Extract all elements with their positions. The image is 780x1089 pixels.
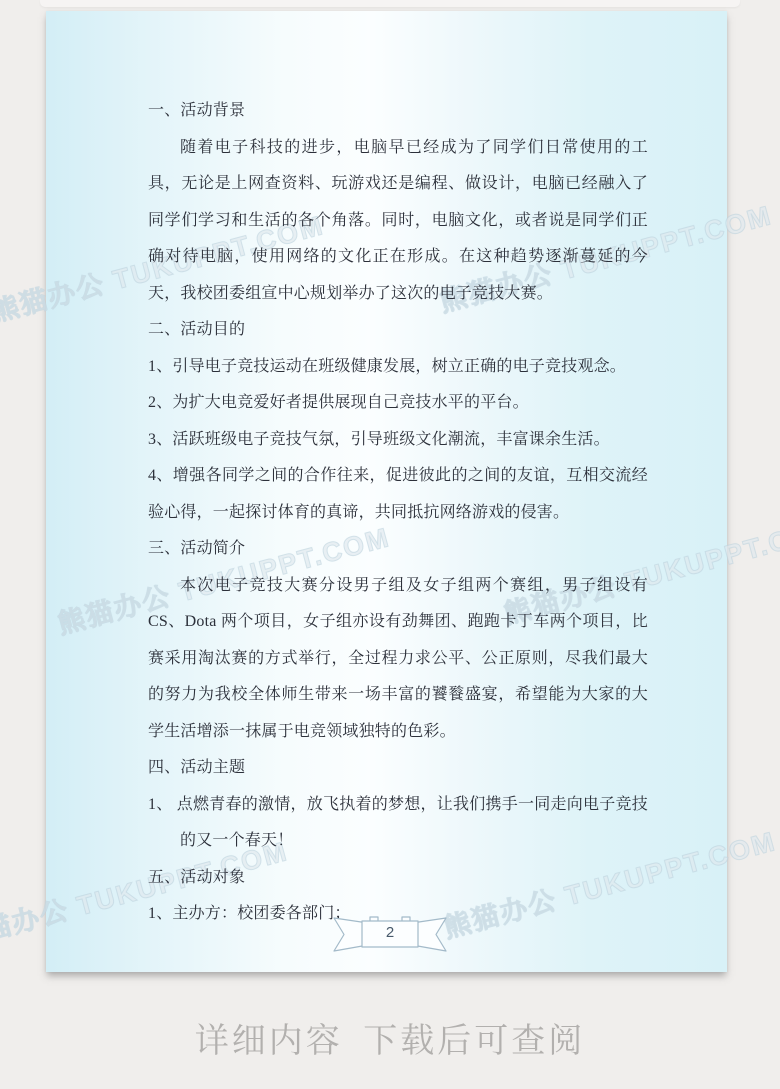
doc-list-item: 2、为扩大电竞爱好者提供展现自己竞技水平的平台。 (148, 385, 648, 422)
document-body: 一、活动背景 随着电子科技的进步，电脑早已经成为了同学们日常使用的工具，无论是上… (148, 93, 648, 933)
doc-list-item: 3、活跃班级电子竞技气氛，引导班级文化潮流，丰富课余生活。 (148, 422, 648, 459)
doc-heading: 二、活动目的 (148, 312, 648, 349)
doc-list-item: 1、 点燃青春的激情，放飞执着的梦想，让我们携手一同走向电子竞技的又一个春天！ (148, 787, 648, 860)
page-number: 2 (362, 919, 418, 945)
doc-heading: 三、活动简介 (148, 531, 648, 568)
page-number-ribbon: 2 (332, 911, 448, 953)
doc-heading: 一、活动背景 (148, 93, 648, 130)
doc-paragraph: 随着电子科技的进步，电脑早已经成为了同学们日常使用的工具，无论是上网查资料、玩游… (148, 130, 648, 313)
doc-heading: 四、活动主题 (148, 750, 648, 787)
doc-list-item: 4、增强各同学之间的合作往来，促进彼此的之间的友谊，互相交流经验心得，一起探讨体… (148, 458, 648, 531)
footer-caption: 详细内容 下载后可查阅 (0, 1013, 780, 1062)
previous-page-edge (40, 0, 740, 7)
doc-list-item: 1、引导电子竞技运动在班级健康发展，树立正确的电子竞技观念。 (148, 349, 648, 386)
doc-heading: 五、活动对象 (148, 860, 648, 897)
document-page-preview: 熊猫办公 TUKUPPT.COM 熊猫办公 TUKUPPT.COM 熊猫办公 T… (46, 11, 727, 972)
doc-paragraph: 本次电子竞技大赛分设男子组及女子组两个赛组，男子组设有 CS、Dota 两个项目… (148, 568, 648, 751)
